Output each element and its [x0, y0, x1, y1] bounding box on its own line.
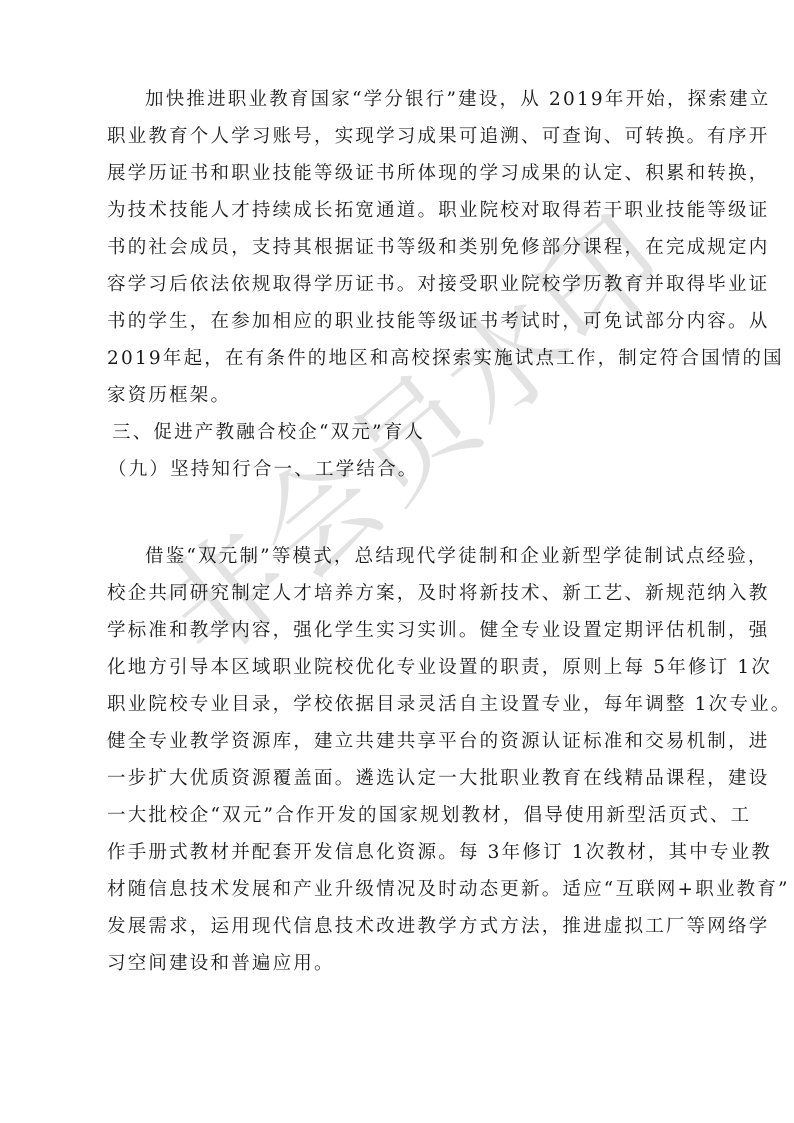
text-line: 学标准和教学内容，强化学生实习实训。健全专业设置定期评估机制，强	[107, 612, 769, 649]
text-line: 作手册式教材并配套开发信息化资源。每 3年修订 1次教材，其中专业教	[107, 834, 772, 871]
text-line: 书的社会成员，支持其根据证书等级和类别免修部分课程，在完成规定内	[107, 229, 769, 266]
text-line: 化地方引导本区域职业院校优化专业设置的职责，原则上每 5年修订 1次	[107, 649, 772, 686]
text-line: 借鉴“双元制”等模式，总结现代学徒制和企业新型学徒制试点经验，	[145, 538, 769, 575]
text-line: 家资历框架。	[107, 377, 231, 414]
subsection-heading: （九）坚持知行合一、工学结合。	[108, 451, 419, 488]
text-line: 展学历证书和职业技能等级证书所体现的学习成果的认定、积累和转换，	[107, 155, 769, 192]
text-line: 职业院校专业目录，学校依据目录灵活自主设置专业，每年调整 1次专业。	[107, 686, 791, 723]
text-line: 发展需求，运用现代信息技术改进教学方式方法，推进虚拟工厂等网络学	[107, 908, 769, 945]
text-line: 为技术技能人才持续成长拓宽通道。职业院校对取得若干职业技能等级证	[107, 192, 769, 229]
section-heading: 三、促进产教融合校企“双元”育人	[112, 414, 425, 451]
text-line: 习空间建设和普遍应用。	[107, 945, 335, 982]
text-line: 一大批校企“双元”合作开发的国家规划教材，倡导使用新型活页式、工	[107, 797, 751, 834]
text-line: 材随信息技术发展和产业升级情况及时动态更新。适应“互联网+职业教育”	[107, 871, 790, 908]
text-line: 容学习后依法依规取得学历证书。对接受职业院校学历教育并取得毕业证	[107, 266, 769, 303]
document-page: 非会员水印 加快推进职业教育国家“学分银行”建设，从 2019年开始，探索建立 …	[0, 0, 794, 1123]
text-line: 一步扩大优质资源覆盖面。遴选认定一大批职业教育在线精品课程，建设	[107, 760, 769, 797]
text-line: 校企共同研究制定人才培养方案，及时将新技术、新工艺、新规范纳入教	[107, 575, 769, 612]
text-line: 健全专业教学资源库，建立共建共享平台的资源认证标准和交易机制，进	[107, 723, 769, 760]
text-line: 职业教育个人学习账号，实现学习成果可追溯、可查询、可转换。有序开	[107, 118, 769, 155]
text-line: 2019年起，在有条件的地区和高校探索实施试点工作，制定符合国情的国	[107, 340, 784, 377]
text-line: 书的学生，在参加相应的职业技能等级证书考试时，可免试部分内容。从	[107, 303, 769, 340]
text-line: 加快推进职业教育国家“学分银行”建设，从 2019年开始，探索建立	[145, 81, 770, 118]
